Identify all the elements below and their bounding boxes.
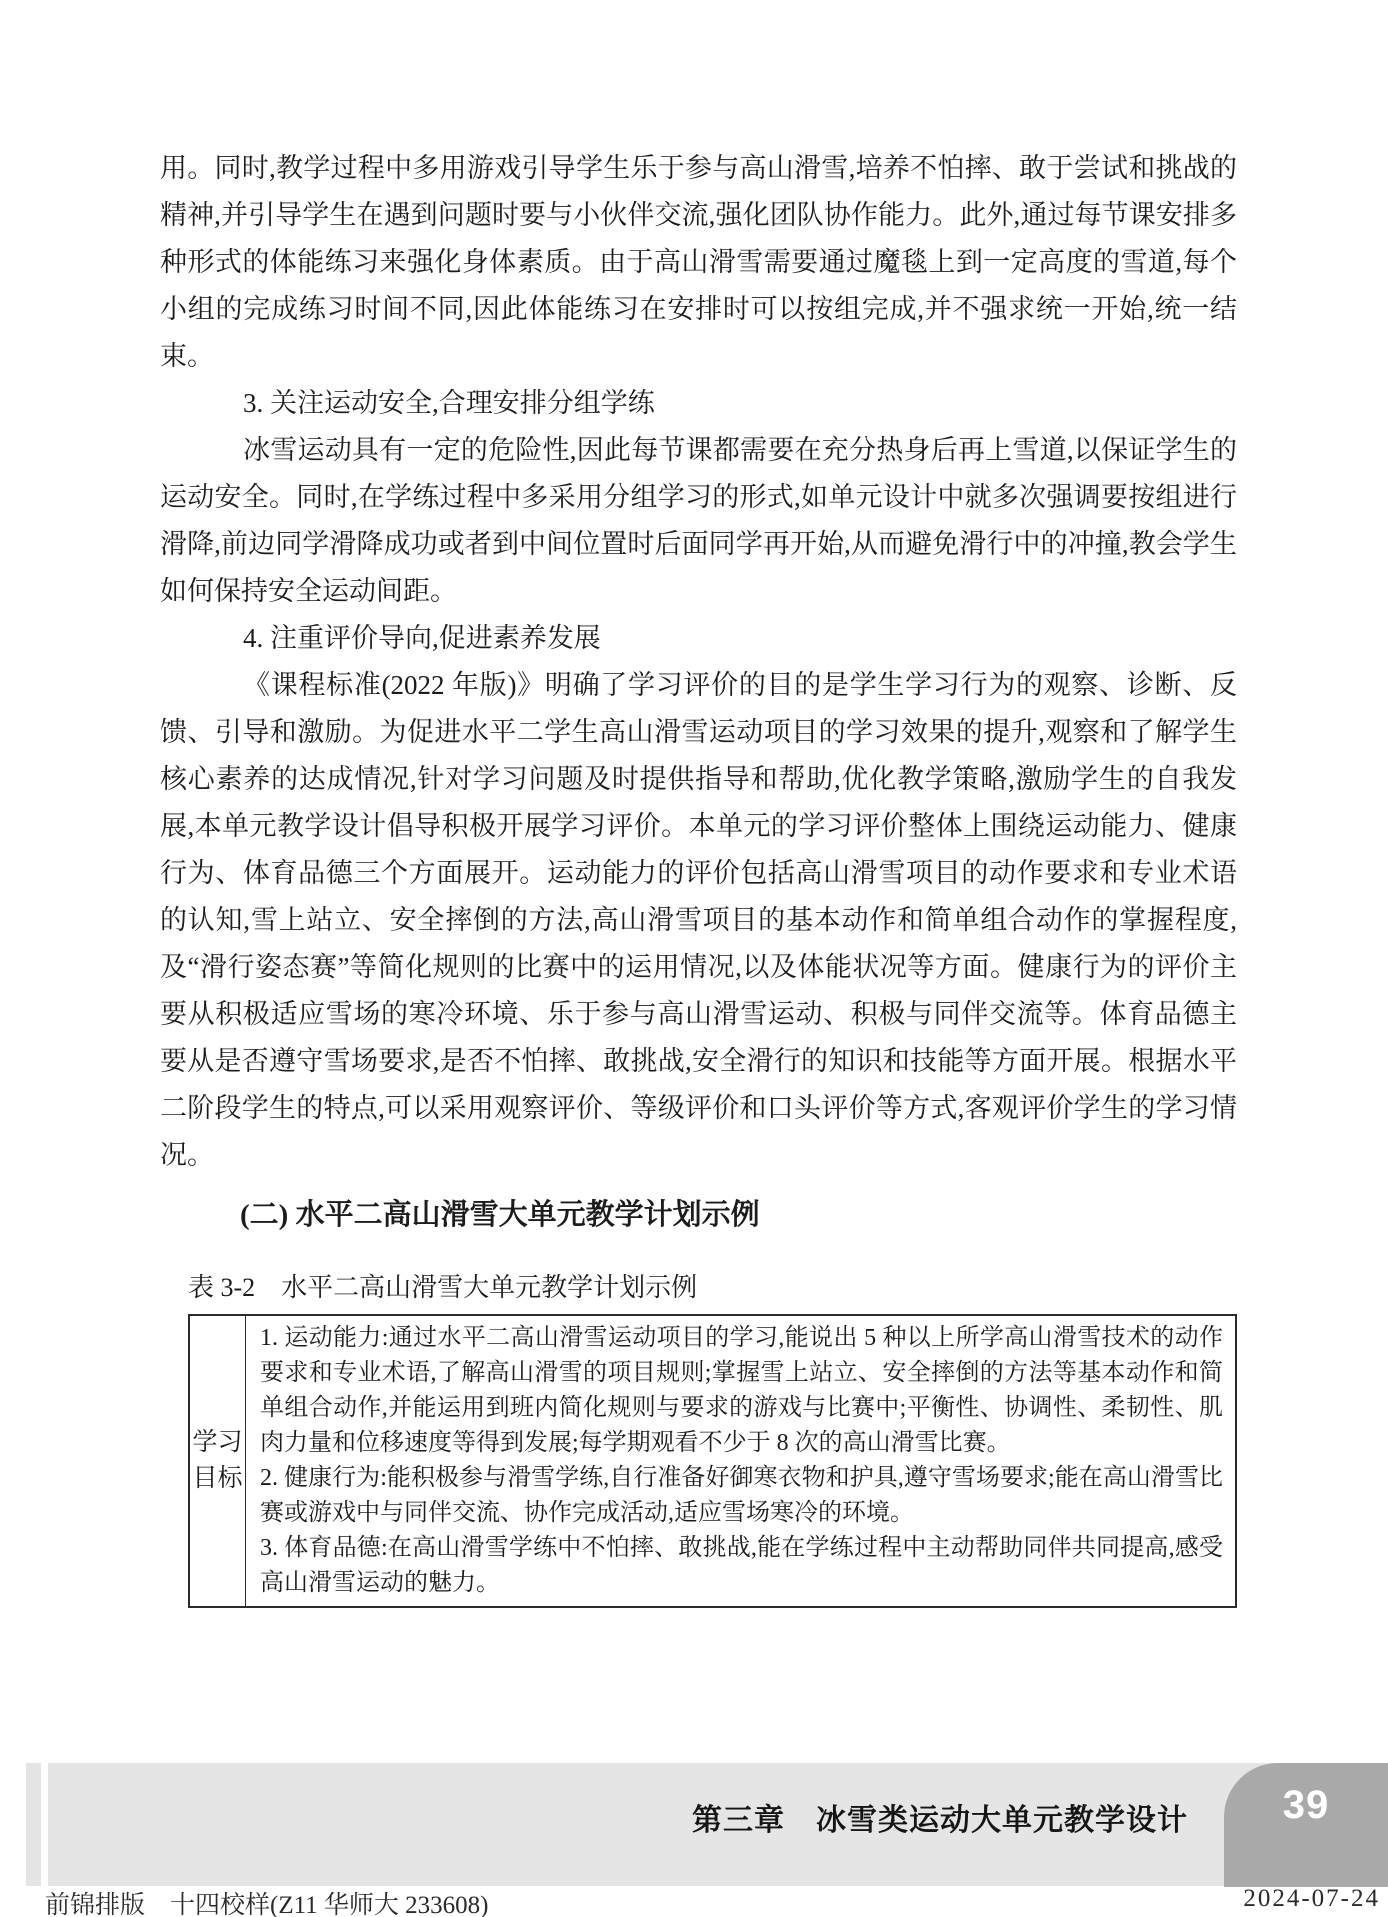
page-text-column: 用。同时,教学过程中多用游戏引导学生乐于参与高山滑雪,培养不怕摔、敢于尝试和挑战… bbox=[160, 145, 1237, 1608]
page-number-tab: 39 bbox=[1224, 1763, 1388, 1887]
goal-item-motor-ability: 1. 运动能力:通过水平二高山滑雪运动项目的学习,能说出 5 种以上所学高山滑雪… bbox=[260, 1321, 1223, 1461]
learning-goals-table: 学习目标 1. 运动能力:通过水平二高山滑雪运动项目的学习,能说出 5 种以上所… bbox=[188, 1314, 1237, 1608]
proof-date: 2024-07-24 bbox=[1243, 1885, 1380, 1913]
proof-note: 前锦排版 十四校样(Z11 华师大 233608) bbox=[45, 1885, 489, 1917]
page-number: 39 bbox=[1224, 1763, 1388, 1828]
subsection-heading: (二) 水平二高山滑雪大单元教学计划示例 bbox=[160, 1193, 1237, 1237]
row-header-label: 学习目标 bbox=[193, 1425, 243, 1497]
chapter-title: 第三章 冰雪类运动大单元教学设计 bbox=[692, 1795, 1188, 1839]
goal-item-health-behavior: 2. 健康行为:能积极参与滑雪学练,自行准备好御寒衣物和护具,遵守雪场要求;能在… bbox=[260, 1461, 1223, 1531]
table-goals-cell: 1. 运动能力:通过水平二高山滑雪运动项目的学习,能说出 5 种以上所学高山滑雪… bbox=[246, 1316, 1235, 1606]
book-page: { "document": { "body": { "continuation_… bbox=[0, 0, 1388, 1917]
section-4-paragraph: 《课程标准(2022 年版)》明确了学习评价的目的是学生学习行为的观察、诊断、反… bbox=[160, 662, 1237, 1179]
goal-item-sports-character: 3. 体育品德:在高山滑雪学练中不怕摔、敢挑战,能在学练过程中主动帮助同伴共同提… bbox=[260, 1531, 1223, 1601]
footer-left-strip bbox=[26, 1763, 41, 1886]
continuation-paragraph: 用。同时,教学过程中多用游戏引导学生乐于参与高山滑雪,培养不怕摔、敢于尝试和挑战… bbox=[160, 145, 1237, 380]
section-3-paragraph: 冰雪运动具有一定的危险性,因此每节课都需要在充分热身后再上雪道,以保证学生的运动… bbox=[160, 427, 1237, 615]
table-caption: 表 3-2 水平二高山滑雪大单元教学计划示例 bbox=[188, 1270, 1237, 1306]
section-3-heading: 3. 关注运动安全,合理安排分组学练 bbox=[160, 380, 1237, 427]
section-4-heading: 4. 注重评价导向,促进素养发展 bbox=[160, 615, 1237, 662]
table-row-header: 学习目标 bbox=[190, 1316, 246, 1606]
